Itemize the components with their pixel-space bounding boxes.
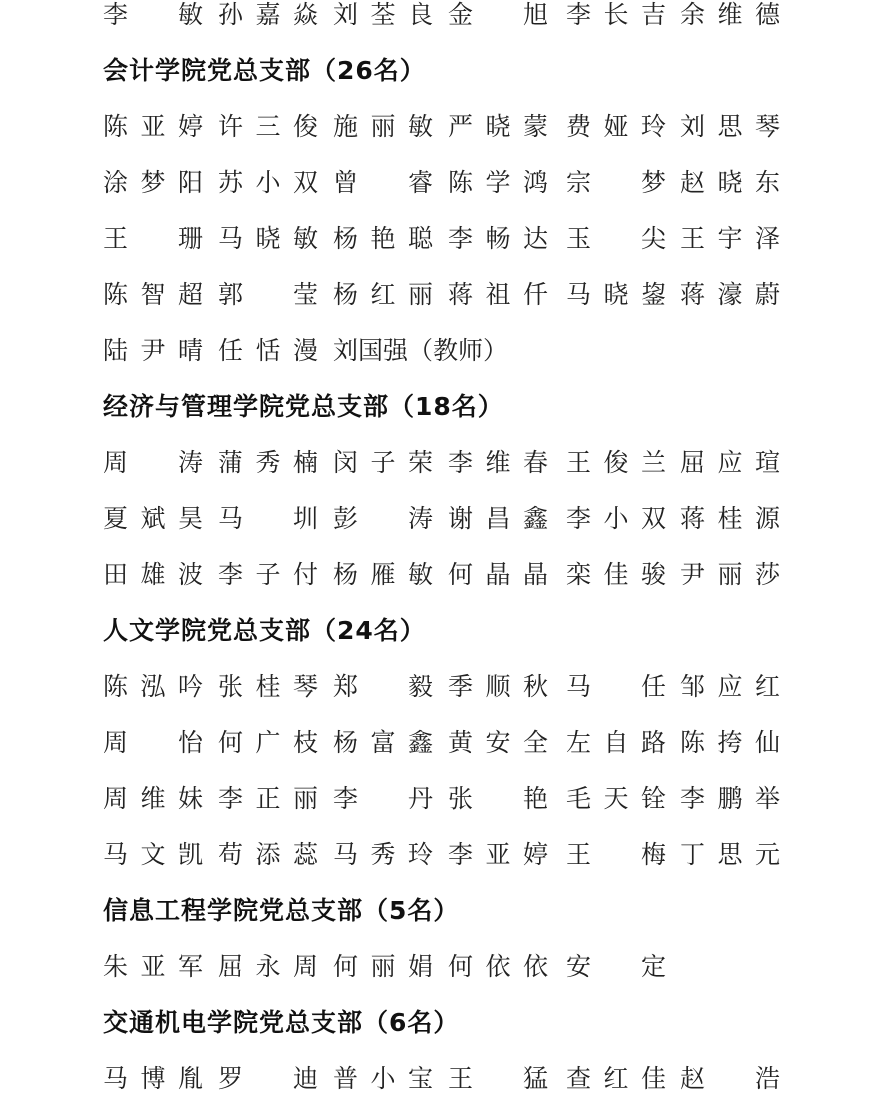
person-name: 马文凯 [103, 827, 203, 883]
person-name: 马秀玲 [333, 827, 433, 883]
person-name: 栾佳骏 [566, 547, 666, 603]
person-name: 屈永周 [218, 939, 318, 995]
person-name: 尹丽莎 [680, 547, 780, 603]
person-name: 刘思琴 [680, 99, 780, 155]
person-name: 孙嘉焱 [218, 0, 318, 43]
person-name: 任恬漫 [218, 323, 318, 379]
person-name: 刘荃良 [333, 0, 433, 43]
person-name: 蒋濠蔚 [680, 267, 780, 323]
person-name: 左自路 [566, 715, 666, 771]
name-row: 陈泓吟 张桂琴 郑 毅 季顺秋 马 任 邹应红 [0, 659, 896, 715]
person-name: 杨富鑫 [333, 715, 433, 771]
name-row: 涂梦阳 苏小双 曾 睿 陈学鸿 宗 梦 赵晓东 [0, 155, 896, 211]
person-name: 李正丽 [218, 771, 318, 827]
person-name: 陈泓吟 [103, 659, 203, 715]
person-name: 严晓蒙 [448, 99, 548, 155]
person-name: 安 定 [566, 939, 666, 995]
person-name: 普小宝 [333, 1051, 433, 1107]
person-name: 赵 浩 [680, 1051, 780, 1107]
person-name: 王俊兰 [566, 435, 666, 491]
person-name: 杨艳聪 [333, 211, 433, 267]
name-row: 周 怡 何广枝 杨富鑫 黄安全 左自路 陈挎仙 [0, 715, 896, 771]
person-name: 苏小双 [218, 155, 318, 211]
person-name: 李亚婷 [448, 827, 548, 883]
person-name: 李维春 [448, 435, 548, 491]
person-name: 朱亚军 [103, 939, 203, 995]
name-row: 陆尹晴 任恬漫 刘国强（教师） [0, 323, 896, 379]
section-heading-economics-management: 经济与管理学院党总支部（18名） [0, 379, 896, 435]
section-heading-transport-mechatronics: 交通机电学院党总支部（6名） [0, 995, 896, 1051]
person-name: 李鹏举 [680, 771, 780, 827]
person-name: 曾 睿 [333, 155, 433, 211]
person-name: 何丽娟 [333, 939, 433, 995]
person-name: 费娅玲 [566, 99, 666, 155]
person-name: 陈挎仙 [680, 715, 780, 771]
person-name: 余维德 [680, 0, 780, 43]
person-name: 谢昌鑫 [448, 491, 548, 547]
person-name: 陆尹晴 [103, 323, 203, 379]
name-row: 周 涛 蒲秀楠 闵子荣 李维春 王俊兰 屈应瑄 [0, 435, 896, 491]
person-name: 郑 毅 [333, 659, 433, 715]
person-name-teacher: 刘国强（教师） [333, 323, 508, 379]
person-name: 李 丹 [333, 771, 433, 827]
person-name: 李子付 [218, 547, 318, 603]
person-name: 丁思元 [680, 827, 780, 883]
person-name: 杨雁敏 [333, 547, 433, 603]
person-name: 王宇泽 [680, 211, 780, 267]
section-heading-information-engineering: 信息工程学院党总支部（5名） [0, 883, 896, 939]
person-name: 涂梦阳 [103, 155, 203, 211]
person-name: 陈学鸿 [448, 155, 548, 211]
person-name: 张桂琴 [218, 659, 318, 715]
name-row: 周维妹 李正丽 李 丹 张 艳 毛天铨 李鹏举 [0, 771, 896, 827]
person-name: 张 艳 [448, 771, 548, 827]
person-name: 夏斌昊 [103, 491, 203, 547]
person-name: 李长吉 [566, 0, 666, 43]
name-row: 李 敏 孙嘉焱 刘荃良 金 旭 李长吉 余维德 [0, 0, 896, 43]
person-name: 李畅达 [448, 211, 548, 267]
name-list-page: 李 敏 孙嘉焱 刘荃良 金 旭 李长吉 余维德 会计学院党总支部（26名） 陈亚… [0, 0, 896, 1107]
person-name: 周 涛 [103, 435, 203, 491]
name-row: 田雄波 李子付 杨雁敏 何晶晶 栾佳骏 尹丽莎 [0, 547, 896, 603]
name-row: 马博胤 罗 迪 普小宝 王 猛 查红佳 赵 浩 [0, 1051, 896, 1107]
person-name: 毛天铨 [566, 771, 666, 827]
person-name: 马晓鋆 [566, 267, 666, 323]
person-name: 玉 尖 [566, 211, 666, 267]
section-heading-accounting: 会计学院党总支部（26名） [0, 43, 896, 99]
person-name: 闵子荣 [333, 435, 433, 491]
name-row: 马文凯 苟添蕊 马秀玲 李亚婷 王 梅 丁思元 [0, 827, 896, 883]
name-row: 朱亚军 屈永周 何丽娟 何依依 安 定 [0, 939, 896, 995]
person-name: 查红佳 [566, 1051, 666, 1107]
person-name: 郭 莹 [218, 267, 318, 323]
person-name: 蒲秀楠 [218, 435, 318, 491]
person-name: 周 怡 [103, 715, 203, 771]
person-name: 季顺秋 [448, 659, 548, 715]
person-name: 施丽敏 [333, 99, 433, 155]
name-row: 陈亚婷 许三俊 施丽敏 严晓蒙 费娅玲 刘思琴 [0, 99, 896, 155]
person-name: 王 猛 [448, 1051, 548, 1107]
person-name: 赵晓东 [680, 155, 780, 211]
person-name: 马 任 [566, 659, 666, 715]
person-name: 黄安全 [448, 715, 548, 771]
person-name: 王 梅 [566, 827, 666, 883]
person-name: 蒋祖仟 [448, 267, 548, 323]
person-name: 许三俊 [218, 99, 318, 155]
name-row: 陈智超 郭 莹 杨红丽 蒋祖仟 马晓鋆 蒋濠蔚 [0, 267, 896, 323]
name-row: 王 珊 马晓敏 杨艳聪 李畅达 玉 尖 王宇泽 [0, 211, 896, 267]
person-name: 何依依 [448, 939, 548, 995]
person-name: 罗 迪 [218, 1051, 318, 1107]
person-name: 何广枝 [218, 715, 318, 771]
person-name: 苟添蕊 [218, 827, 318, 883]
person-name: 王 珊 [103, 211, 203, 267]
person-name: 陈智超 [103, 267, 203, 323]
person-name: 马博胤 [103, 1051, 203, 1107]
person-name: 何晶晶 [448, 547, 548, 603]
person-name: 田雄波 [103, 547, 203, 603]
name-row: 夏斌昊 马 圳 彭 涛 谢昌鑫 李小双 蒋桂源 [0, 491, 896, 547]
person-name: 陈亚婷 [103, 99, 203, 155]
person-name: 李 敏 [103, 0, 203, 43]
person-name: 周维妹 [103, 771, 203, 827]
section-heading-humanities: 人文学院党总支部（24名） [0, 603, 896, 659]
person-name: 屈应瑄 [680, 435, 780, 491]
person-name: 蒋桂源 [680, 491, 780, 547]
person-name: 李小双 [566, 491, 666, 547]
person-name: 彭 涛 [333, 491, 433, 547]
person-name: 宗 梦 [566, 155, 666, 211]
person-name: 金 旭 [448, 0, 548, 43]
person-name: 马晓敏 [218, 211, 318, 267]
person-name: 邹应红 [680, 659, 780, 715]
person-name: 杨红丽 [333, 267, 433, 323]
person-name: 马 圳 [218, 491, 318, 547]
